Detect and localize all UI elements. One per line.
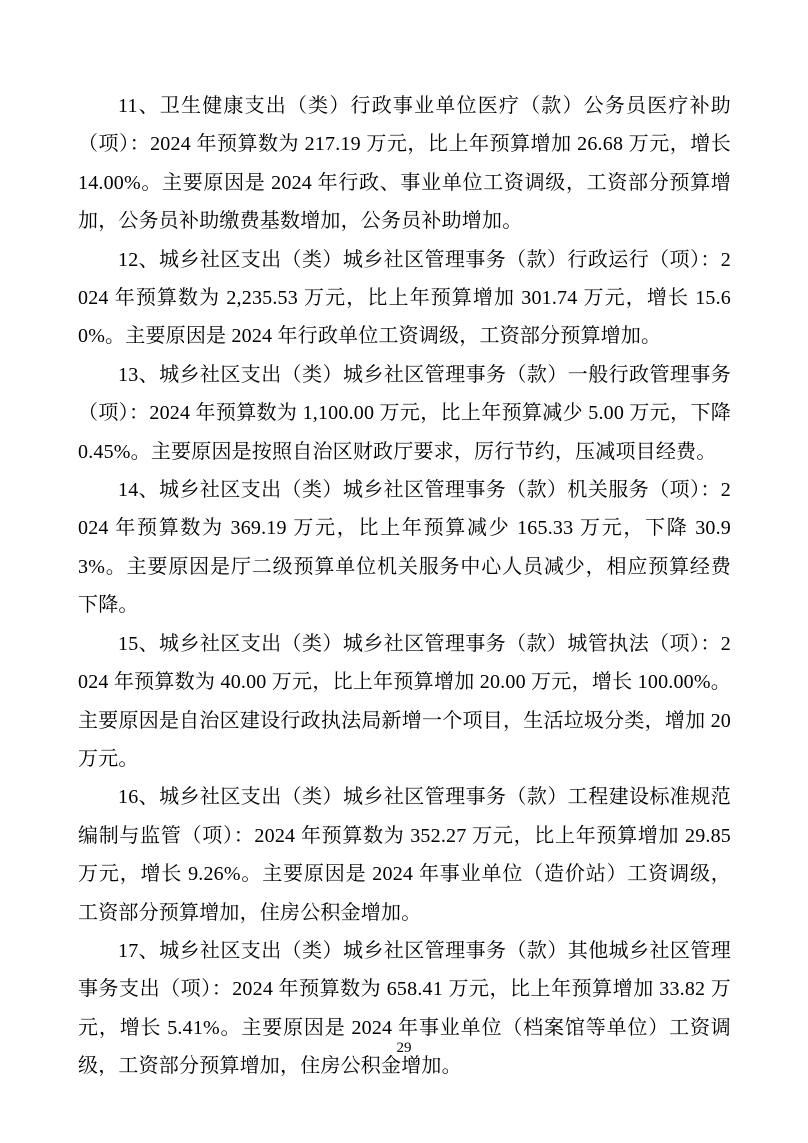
budget-explanation-paragraph-16: 16、城乡社区支出（类）城乡社区管理事务（款）工程建设标准规范编制与监管（项）：… — [78, 778, 731, 932]
budget-explanation-paragraph-15: 15、城乡社区支出（类）城乡社区管理事务（款）城管执法（项）：2024 年预算数… — [78, 625, 731, 779]
budget-explanation-paragraph-17: 17、城乡社区支出（类）城乡社区管理事务（款）其他城乡社区管理事务支出（项）：2… — [78, 932, 731, 1086]
document-body: 11、卫生健康支出（类）行政事业单位医疗（款）公务员医疗补助（项）：2024 年… — [78, 87, 731, 1086]
document-page: 11、卫生健康支出（类）行政事业单位医疗（款）公务员医疗补助（项）：2024 年… — [0, 0, 808, 1143]
budget-explanation-paragraph-12: 12、城乡社区支出（类）城乡社区管理事务（款）行政运行（项）：2024 年预算数… — [78, 241, 731, 356]
budget-explanation-paragraph-13: 13、城乡社区支出（类）城乡社区管理事务（款）一般行政管理事务（项）：2024 … — [78, 356, 731, 471]
budget-explanation-paragraph-14: 14、城乡社区支出（类）城乡社区管理事务（款）机关服务（项）：2024 年预算数… — [78, 471, 731, 625]
page-number: 29 — [0, 1038, 808, 1058]
budget-explanation-paragraph-11: 11、卫生健康支出（类）行政事业单位医疗（款）公务员医疗补助（项）：2024 年… — [78, 87, 731, 241]
